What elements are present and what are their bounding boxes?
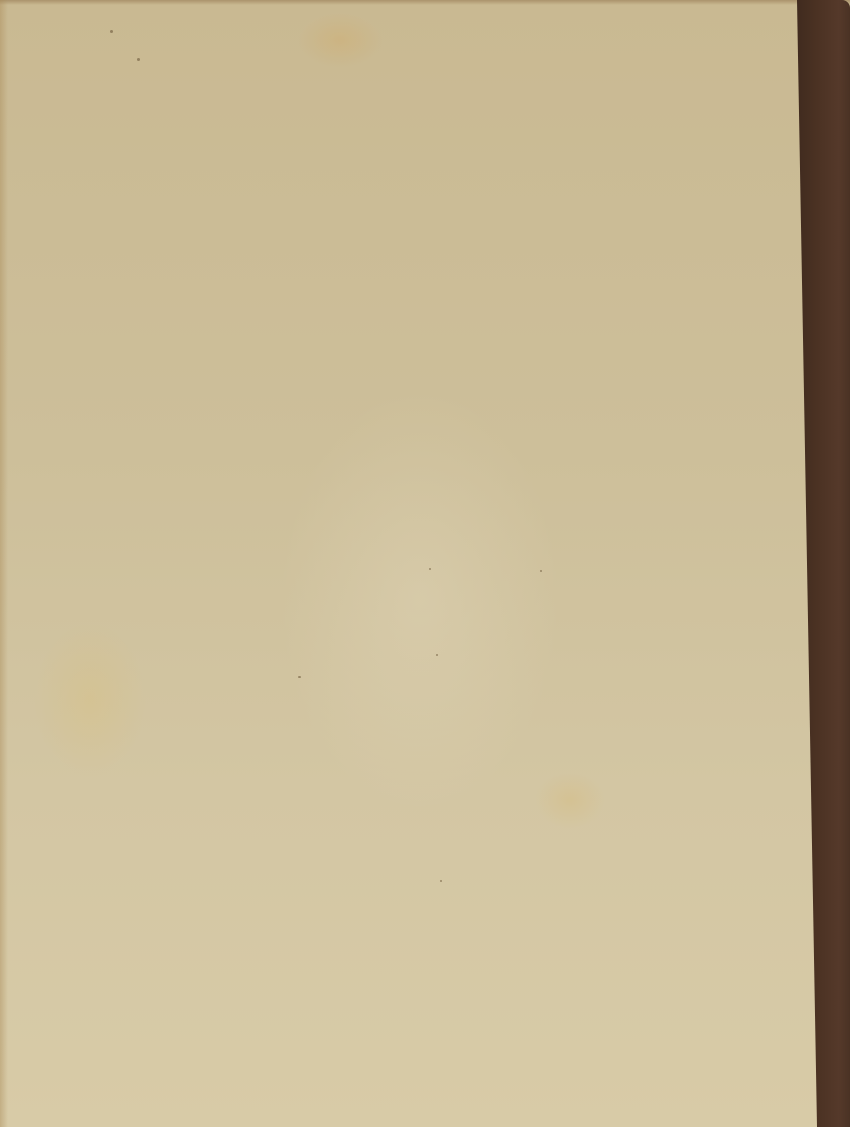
page-top-edge bbox=[0, 0, 850, 5]
page-left-edge bbox=[0, 0, 8, 1127]
foxing-speck bbox=[440, 880, 442, 882]
foxing-speck bbox=[429, 568, 431, 570]
blank-paper-page bbox=[0, 0, 850, 1127]
foxing-speck bbox=[298, 676, 301, 678]
foxing-speck bbox=[436, 654, 438, 656]
foxing-speck bbox=[540, 570, 542, 572]
foxing-speck bbox=[110, 30, 113, 33]
foxing-speck bbox=[137, 58, 140, 61]
